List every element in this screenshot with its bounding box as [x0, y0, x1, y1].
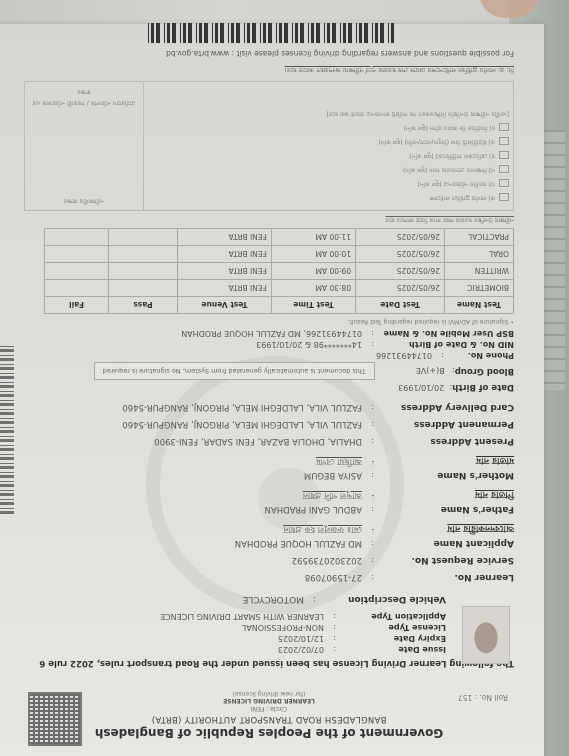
applicant-details: Learner No.:27-15907098 Service Request …: [24, 402, 514, 582]
bengali-instruction: পরীক্ষায় উপস্থিত হওয়ার সময় সাথে নিয়ে…: [24, 214, 514, 225]
detail-row-bn: মাতার নাম:আছিয়া বেগম: [24, 453, 514, 468]
qr-code: [28, 692, 82, 746]
detail-row: Service Request No.:2023020739592: [24, 555, 514, 565]
license-row: License Type:NON-PROFESSIONAL: [24, 623, 446, 632]
license-row: Expiry Date:12/10/2025: [24, 634, 446, 643]
blood-row: Blood Group:B(+)VE This document is auto…: [24, 362, 514, 380]
checklist: ক) লার্নার ড্রাইভিং লাইসেন্স খ) জাতীয় প…: [143, 81, 514, 211]
checklist-item: ঘ) মেডিকেল সার্টিফিকেট (মূল কপি): [148, 150, 509, 161]
authority-title: BANGLADESH ROAD TRANSPORT AUTHORITY (BRT…: [24, 714, 514, 724]
personal-details: Date of Birth:20/10/1993 Blood Group:B(+…: [24, 329, 514, 392]
checkbox: [499, 194, 509, 202]
license-row: Application Type:LEARNER WITH SMART DRIV…: [24, 612, 446, 621]
detail-row: Learner No.:27-15907098: [24, 572, 514, 582]
document-subtitle: (for new driving license): [24, 690, 514, 697]
table-row: ORAL26/05/202510:00 AMFENI BRTA: [45, 246, 514, 263]
bengali-footnote: বি: দ্র: লার্নার ড্রাইভিং লাইসেন্সের মেয…: [24, 64, 514, 75]
signature-note: • Signature of AD/MVI is required regard…: [24, 318, 514, 325]
checkbox: [499, 124, 509, 132]
bsp-row: BSP User Mobile No. & Name:01744931266, …: [24, 329, 514, 338]
document-type: LEARNER DRIVING LICENSE: [24, 697, 514, 704]
checklist-item: ক) লার্নার ড্রাইভিং লাইসেন্স: [148, 192, 509, 203]
inspector-signature-label: মোটরযান পরিদর্শক / সহকারী পরিচালক এর স্ব…: [29, 86, 139, 108]
system-generated-notice: This document is automatically generated…: [94, 362, 375, 380]
table-row: PRACTICAL26/05/202511:00 AMFENI BRTA: [45, 229, 514, 246]
vehicle-description: Vehicle Description:MOTORCYCLE: [24, 594, 446, 604]
checklist-item: ঙ) ইউটিলিটি বিল (বিদ্যুৎ/গ্যাস/পানি) (মূ…: [148, 136, 509, 147]
detail-row: Applicant Name:MD FAZLUL HOQUE PRODHAN: [24, 538, 514, 548]
phone-row: Phone No.:01744931266: [24, 351, 514, 360]
checklist-item: গ) শিক্ষাগত যোগ্যতার সনদ (মূল কপি): [148, 164, 509, 175]
table-header-row: Test Name Test Date Test Time Test Venue…: [45, 297, 514, 314]
detail-row: Permanent Address:FAZLUL VILA, LALDEGHI …: [24, 419, 514, 429]
detail-row-bn: পিতার নাম:আব্দুল গনি প্রধান: [24, 487, 514, 502]
table-row: WRITTEN26/05/202509:00 AMFENI BRTA: [45, 263, 514, 280]
nid-row: NID No. & Date of Birth:14*******98 & 20…: [24, 340, 514, 349]
intro-statement: The following Learner Driving License ha…: [24, 658, 514, 668]
roll-number: Roll No. : 157: [458, 693, 508, 702]
license-row: Issue Date:07/02/2023: [24, 645, 446, 654]
checkbox: [499, 138, 509, 146]
learner-license-document: Government of the Peoples Republic of Ba…: [0, 24, 544, 756]
checklist-item: খ) জাতীয় পরিচয়পত্র (মূল কপি): [148, 178, 509, 189]
circle-label: Circle : FENI: [24, 705, 514, 712]
table-row: BIOMETRIC26/05/202508:30 AMFENI BRTA: [45, 280, 514, 297]
side-barcode: [0, 344, 14, 514]
checklist-item: চ) নির্ধারিত ফি জমার রসিদ (মূল কপি): [148, 122, 509, 133]
detail-row: Present Address:DHALIA, DHOLIA BAZAR, FE…: [24, 436, 514, 446]
checkbox: [499, 152, 509, 160]
signature-box: পরীক্ষার্থীর স্বাক্ষর মোটরযান পরিদর্শক /…: [24, 81, 144, 211]
license-info: Issue Date:07/02/2023 Expiry Date:12/10/…: [24, 612, 446, 654]
faq-link-text: For possible questions and answers regar…: [24, 49, 514, 58]
checkbox: [499, 180, 509, 188]
checklist-note: [প্রার্থীর পরীক্ষায় উপস্থিতি নিশ্চিতকরণ…: [148, 108, 509, 119]
candidate-signature-label: পরীক্ষার্থীর স্বাক্ষর: [29, 195, 139, 206]
checkbox: [499, 166, 509, 174]
detail-row-bn: আবেদনকারীর নাম:মোঃ ফজলুল হক প্রধান: [24, 521, 514, 536]
bottom-barcode: [144, 23, 394, 43]
detail-row: Father's Name:ABDUL GANI PRADHAN: [24, 504, 514, 514]
test-schedule-table: Test Name Test Date Test Time Test Venue…: [44, 228, 514, 314]
document-header: Government of the Peoples Republic of Ba…: [24, 690, 514, 740]
detail-row: Card Delivery Address:FAZLUL VILA, LALDE…: [24, 402, 514, 412]
applicant-photo: [462, 606, 510, 664]
government-title: Government of the Peoples Republic of Ba…: [24, 726, 514, 740]
dob-row: Date of Birth:20/10/1993: [24, 382, 514, 392]
document-checklist-section: ক) লার্নার ড্রাইভিং লাইসেন্স খ) জাতীয় প…: [24, 81, 514, 211]
detail-row: Mother's Name:ASIYA BEGUM: [24, 470, 514, 480]
